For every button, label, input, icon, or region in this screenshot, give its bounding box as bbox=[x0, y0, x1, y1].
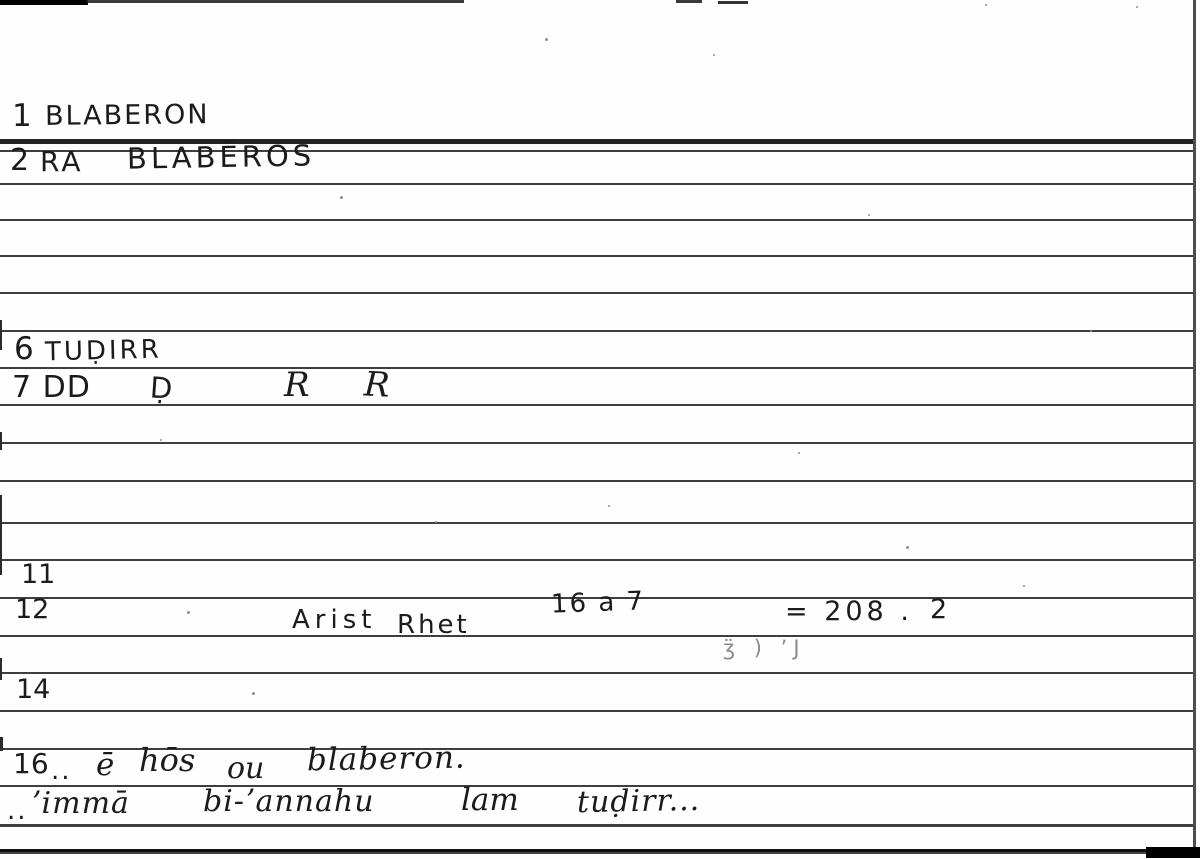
scan-speck bbox=[713, 54, 715, 56]
row11-number: 11 bbox=[21, 561, 55, 588]
row1-greek-headword: BLABERON bbox=[45, 101, 210, 130]
scan-speck bbox=[1023, 585, 1025, 587]
row12-reference: = 208 . bbox=[785, 598, 913, 625]
bottom-border-thin bbox=[0, 852, 1200, 854]
ruled-line bbox=[0, 559, 1193, 561]
ruled-line bbox=[0, 219, 1193, 221]
ruled-line bbox=[0, 183, 1193, 185]
scan-speck bbox=[1136, 6, 1138, 8]
ruled-line bbox=[0, 522, 1193, 524]
ruled-line bbox=[0, 367, 1193, 369]
row16-ellipsis: .. bbox=[51, 758, 72, 784]
row2-label: RA bbox=[40, 148, 83, 176]
left-edge-mark bbox=[0, 432, 2, 450]
scan-speck bbox=[985, 4, 987, 6]
scan-speck bbox=[1090, 330, 1092, 332]
ruled-line bbox=[0, 292, 1193, 294]
scan-speck bbox=[435, 521, 437, 523]
row2-greek-headword: BLABĒROS bbox=[127, 141, 316, 173]
top-border bbox=[0, 0, 88, 5]
scan-speck bbox=[545, 38, 548, 41]
row17-ellipsis: .. bbox=[7, 798, 28, 824]
row12-locus: 16 a 7 bbox=[551, 588, 646, 617]
ruled-line bbox=[0, 710, 1193, 712]
ruled-line bbox=[0, 824, 1193, 827]
bottom-border-corner bbox=[1146, 847, 1200, 858]
row17-word-lam: lam bbox=[461, 785, 519, 816]
ruled-line bbox=[0, 480, 1193, 482]
row17-word-imma: ʼimmā bbox=[31, 789, 130, 819]
scan-speck bbox=[798, 452, 800, 454]
row12-reference-number: 2 bbox=[930, 596, 947, 623]
left-edge-mark bbox=[0, 495, 2, 575]
ruled-line bbox=[0, 442, 1193, 444]
top-border-segment bbox=[676, 0, 702, 3]
row1-number: 1 bbox=[12, 101, 32, 132]
row16-word-blaberon: blaberon. bbox=[307, 743, 466, 777]
row7-letter-r1: R bbox=[284, 368, 310, 402]
row17-word-tudirr: tuḍirr... bbox=[577, 786, 701, 818]
row16-number: 16 bbox=[13, 750, 49, 778]
row7-letter-r2: R bbox=[363, 367, 390, 402]
row17-word-biannahu: bi-ʼannahu bbox=[203, 787, 375, 817]
row16-word-e: ē bbox=[96, 750, 114, 781]
scan-speck bbox=[608, 505, 610, 507]
row16-word-ou: ou bbox=[227, 754, 264, 784]
scan-speck bbox=[868, 214, 870, 216]
left-edge-mark bbox=[0, 737, 3, 751]
row14-number: 14 bbox=[16, 676, 50, 703]
top-border-segment bbox=[86, 0, 464, 3]
ruled-line bbox=[0, 404, 1193, 406]
row16-word-hos: hōs bbox=[139, 744, 195, 776]
row6-arabic-headword: TUḌIRR bbox=[45, 337, 162, 366]
right-border bbox=[1193, 0, 1196, 850]
scan-speck bbox=[187, 611, 190, 614]
row12-author: Arist bbox=[292, 607, 376, 633]
left-edge-mark bbox=[0, 658, 2, 680]
top-border-segment bbox=[718, 1, 748, 4]
row2-number: 2 bbox=[10, 146, 29, 176]
ruled-line bbox=[0, 255, 1193, 257]
scan-speck bbox=[160, 439, 162, 441]
ruled-line bbox=[0, 672, 1193, 674]
ruled-line bbox=[0, 330, 1193, 332]
scan-speck bbox=[340, 196, 343, 199]
row12-work: Rhet bbox=[397, 612, 470, 638]
row7-number-dd: 7 DD bbox=[12, 373, 91, 403]
row6-number: 6 bbox=[14, 334, 34, 365]
row12-number: 12 bbox=[15, 596, 49, 623]
index-card: 1 BLABERON 2 RA BLABĒROS 6 TUḌIRR 7 DD Ḍ… bbox=[0, 0, 1200, 859]
ruled-line bbox=[0, 635, 1193, 637]
scan-speck bbox=[252, 692, 255, 695]
row13-faint-marks: ʒ̈ ) ʼJ bbox=[723, 638, 806, 659]
left-edge-mark bbox=[0, 320, 2, 350]
scan-speck bbox=[906, 546, 909, 549]
row7-letter-d: Ḍ bbox=[149, 373, 173, 403]
